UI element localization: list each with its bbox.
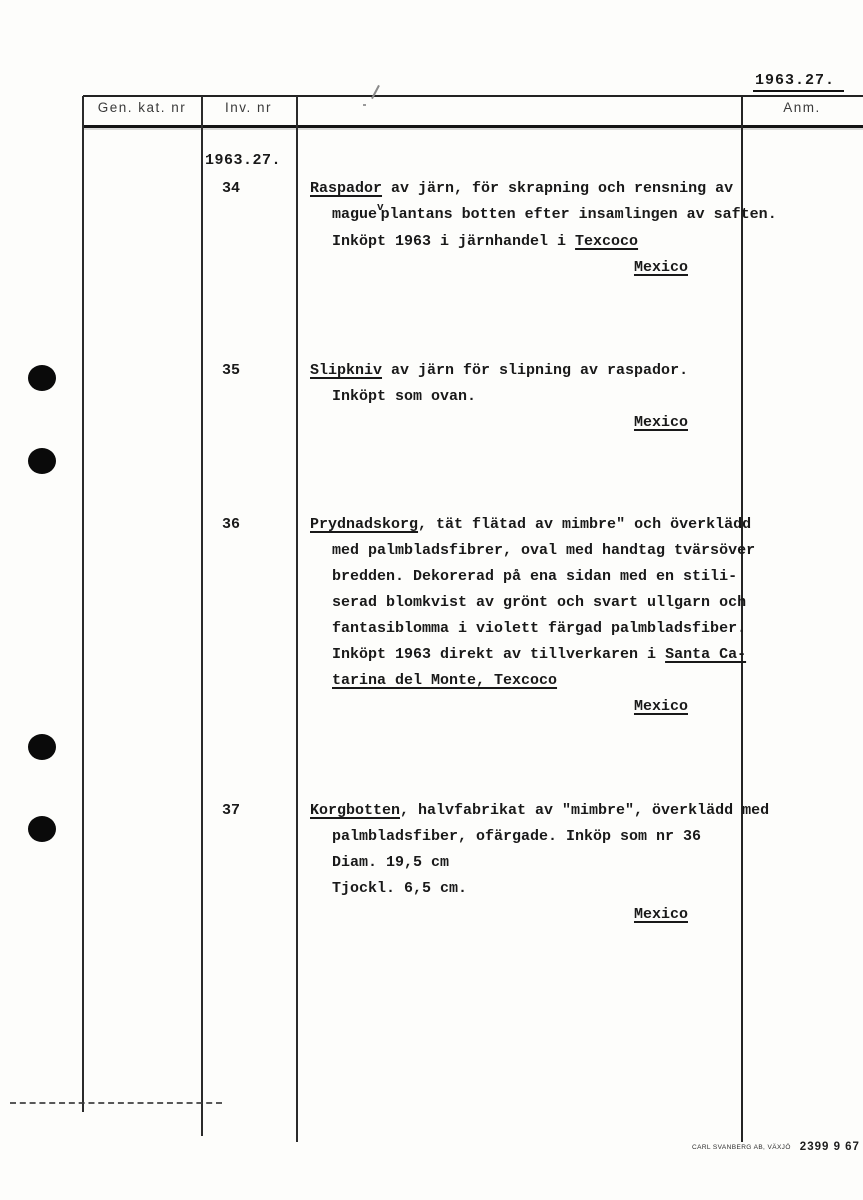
text-segment: tarina del Monte, Texcoco: [332, 672, 557, 689]
text-segment: Slipkniv: [310, 362, 382, 379]
entry-line: Inköpt 1963 i järnhandel i Texcoco: [310, 229, 790, 255]
text-segment: serad blomkvist av grönt och svart ullga…: [332, 594, 746, 611]
inventory-number: 37: [222, 798, 240, 824]
text-segment: med palmbladsfibrer, oval med handtag tv…: [332, 542, 755, 559]
insertion-mark: v: [377, 195, 384, 221]
entry-line: Inköpt som ovan.: [310, 384, 790, 410]
column-header-anm: Anm.: [741, 100, 863, 115]
entry-line: med palmbladsfibrer, oval med handtag tv…: [310, 538, 790, 564]
text-segment: Diam. 19,5 cm: [332, 854, 449, 871]
origin-label: Mexico: [310, 410, 688, 436]
inventory-number: 34: [222, 176, 240, 202]
text-segment: Raspador: [310, 180, 382, 197]
table-header-separator: [83, 125, 863, 128]
entry-line: Slipkniv av järn för slipning av raspado…: [310, 358, 790, 384]
entry-line: maguevplantans botten efter insamlingen …: [310, 202, 790, 229]
text-segment: Korgbotten: [310, 802, 400, 819]
text-segment: Texcoco: [575, 233, 638, 250]
fold-dashed-line: [10, 1102, 222, 1104]
column-header-inv-nr: Inv. nr: [201, 100, 296, 115]
entry-line: Korgbotten, halvfabrikat av "mimbre", öv…: [310, 798, 790, 824]
text-segment: Santa Ca-: [665, 646, 746, 663]
punch-hole: [28, 734, 56, 760]
form-code: 2399 9 67: [800, 1141, 860, 1153]
punch-hole: [28, 365, 56, 391]
text-segment: Inköpt som ovan.: [332, 388, 476, 405]
catalog-page: 1963.27. Gen. kat. nr Inv. nr Anm. 1963.…: [0, 0, 863, 1200]
entry-line: Inköpt 1963 direkt av tillverkaren i San…: [310, 642, 790, 668]
page-number: 1963.27.: [753, 72, 844, 92]
inventory-number: 35: [222, 358, 240, 384]
inventory-number: 36: [222, 512, 240, 538]
entry-text: Korgbotten, halvfabrikat av "mimbre", öv…: [310, 798, 790, 928]
text-segment: , tät flätad av mimbre" och överklädd: [418, 516, 751, 533]
entry-line: Diam. 19,5 cm: [310, 850, 790, 876]
origin-label: Mexico: [310, 694, 688, 720]
entry-line: Tjockl. 6,5 cm.: [310, 876, 790, 902]
entry-line: tarina del Monte, Texcoco: [310, 668, 790, 694]
origin-text: Mexico: [634, 259, 688, 276]
entry-line: fantasiblomma i violett färgad palmblads…: [310, 616, 790, 642]
text-segment: Prydnadskorg: [310, 516, 418, 533]
origin-text: Mexico: [634, 698, 688, 715]
text-segment: mague: [332, 206, 377, 223]
entry-line: bredden. Dekorerad på ena sidan med en s…: [310, 564, 790, 590]
text-segment: av järn för slipning av raspador.: [382, 362, 688, 379]
entry-text: Prydnadskorg, tät flätad av mimbre" och …: [310, 512, 790, 720]
punch-hole: [28, 448, 56, 474]
origin-text: Mexico: [634, 906, 688, 923]
origin-text: Mexico: [634, 414, 688, 431]
origin-label: Mexico: [310, 902, 688, 928]
year-heading: 1963.27.: [205, 148, 281, 174]
text-segment: Inköpt 1963 direkt av tillverkaren i: [332, 646, 665, 663]
column-line-gen-inv: [201, 96, 203, 1136]
column-header-gen-kat-nr: Gen. kat. nr: [83, 100, 201, 115]
pen-mark-dot: [363, 104, 366, 106]
text-segment: palmbladsfiber, ofärgade. Inköp som nr 3…: [332, 828, 701, 845]
entry-line: Prydnadskorg, tät flätad av mimbre" och …: [310, 512, 790, 538]
printer-footer: CARL SVANBERG AB, VÄXJÖ 2399 9 67: [692, 1141, 860, 1153]
text-segment: Tjockl. 6,5 cm.: [332, 880, 467, 897]
column-line-inv-text: [296, 96, 298, 1142]
entry-line: serad blomkvist av grönt och svart ullga…: [310, 590, 790, 616]
entry-line: palmbladsfiber, ofärgade. Inköp som nr 3…: [310, 824, 790, 850]
entry-text: Raspador av järn, för skrapning och rens…: [310, 176, 790, 281]
text-segment: plantans botten efter insamlingen av saf…: [381, 206, 777, 223]
origin-label: Mexico: [310, 255, 688, 281]
text-segment: av järn, för skrapning och rensning av: [382, 180, 733, 197]
text-segment: , halvfabrikat av "mimbre", överklädd me…: [400, 802, 769, 819]
table-top-border: [83, 95, 863, 97]
column-line-left: [82, 96, 84, 1112]
text-segment: bredden. Dekorerad på ena sidan med en s…: [332, 568, 737, 585]
entry-text: Slipkniv av järn för slipning av raspado…: [310, 358, 790, 436]
printer-name: CARL SVANBERG AB, VÄXJÖ: [692, 1144, 791, 1153]
punch-hole: [28, 816, 56, 842]
text-segment: fantasiblomma i violett färgad palmblads…: [332, 620, 746, 637]
text-segment: Inköpt 1963 i järnhandel i: [332, 233, 575, 250]
